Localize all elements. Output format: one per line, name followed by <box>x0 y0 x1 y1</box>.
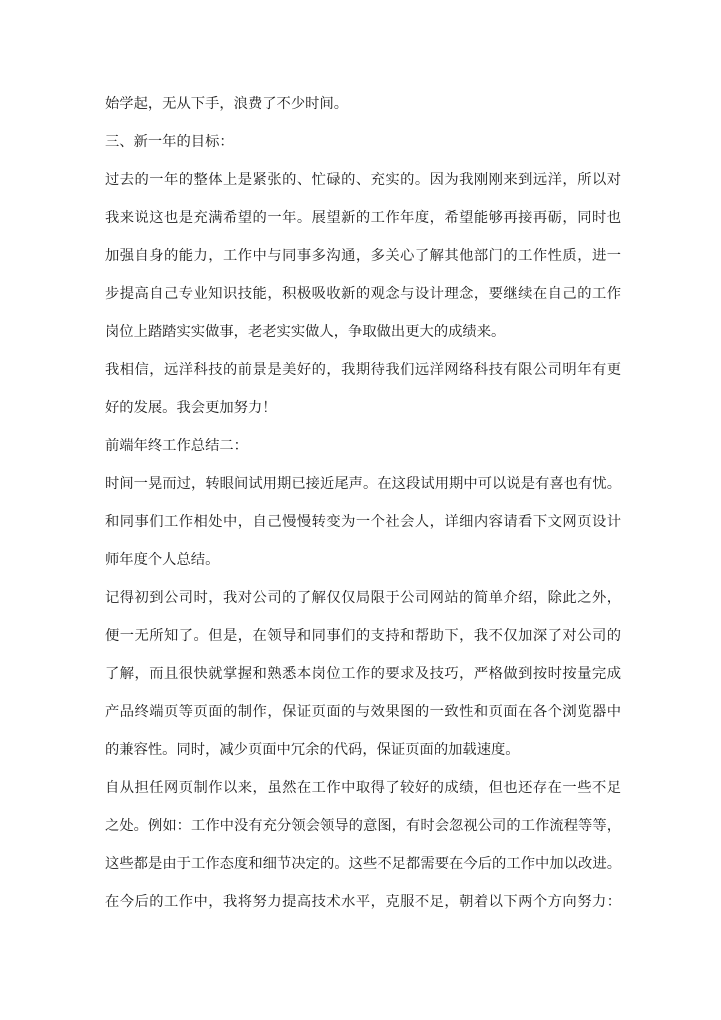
text-line: 师年度个人总结。 <box>105 541 621 579</box>
text-line: 我相信，远洋科技的前景是美好的，我期待我们远洋网络科技有限公司明年有更 <box>105 351 621 389</box>
text-line: 三、新一年的目标： <box>105 123 621 161</box>
text-line: 之处。例如：工作中没有充分领会领导的意图，有时会忽视公司的工作流程等等， <box>105 807 621 845</box>
text-line: 我来说这也是充满希望的一年。展望新的工作年度，希望能够再接再砺，同时也 <box>105 199 621 237</box>
text-line: 的兼容性。同时，减少页面中冗余的代码，保证页面的加载速度。 <box>105 731 621 769</box>
text-line: 过去的一年的整体上是紧张的、忙碌的、充实的。因为我刚刚来到远洋，所以对 <box>105 161 621 199</box>
text-line: 便一无所知了。但是，在领导和同事们的支持和帮助下，我不仅加深了对公司的 <box>105 617 621 655</box>
text-line: 和同事们工作相处中，自己慢慢转变为一个社会人，详细内容请看下文网页设计 <box>105 503 621 541</box>
text-line: 了解，而且很快就掌握和熟悉本岗位工作的要求及技巧，严格做到按时按量完成 <box>105 655 621 693</box>
text-line: 步提高自己专业知识技能，积极吸收新的观念与设计理念，要继续在自己的工作 <box>105 275 621 313</box>
text-line: 时间一晃而过，转眼间试用期已接近尾声。在这段试用期中可以说是有喜也有忧。 <box>105 465 621 503</box>
text-line: 始学起，无从下手，浪费了不少时间。 <box>105 85 621 123</box>
text-line: 在今后的工作中，我将努力提高技术水平，克服不足，朝着以下两个方向努力： <box>105 883 621 921</box>
document-body: 始学起，无从下手，浪费了不少时间。三、新一年的目标：过去的一年的整体上是紧张的、… <box>105 85 621 921</box>
document-page: 始学起，无从下手，浪费了不少时间。三、新一年的目标：过去的一年的整体上是紧张的、… <box>0 0 721 1020</box>
text-line: 自从担任网页制作以来，虽然在工作中取得了较好的成绩，但也还存在一些不足 <box>105 769 621 807</box>
text-line: 记得初到公司时，我对公司的了解仅仅局限于公司网站的简单介绍，除此之外， <box>105 579 621 617</box>
text-line: 这些都是由于工作态度和细节决定的。这些不足都需要在今后的工作中加以改进。 <box>105 845 621 883</box>
text-line: 好的发展。我会更加努力！ <box>105 389 621 427</box>
text-line: 产品终端页等页面的制作，保证页面的与效果图的一致性和页面在各个浏览器中 <box>105 693 621 731</box>
text-line: 岗位上踏踏实实做事，老老实实做人，争取做出更大的成绩来。 <box>105 313 621 351</box>
text-line: 加强自身的能力，工作中与同事多沟通，多关心了解其他部门的工作性质，进一 <box>105 237 621 275</box>
text-line: 前端年终工作总结二： <box>105 427 621 465</box>
